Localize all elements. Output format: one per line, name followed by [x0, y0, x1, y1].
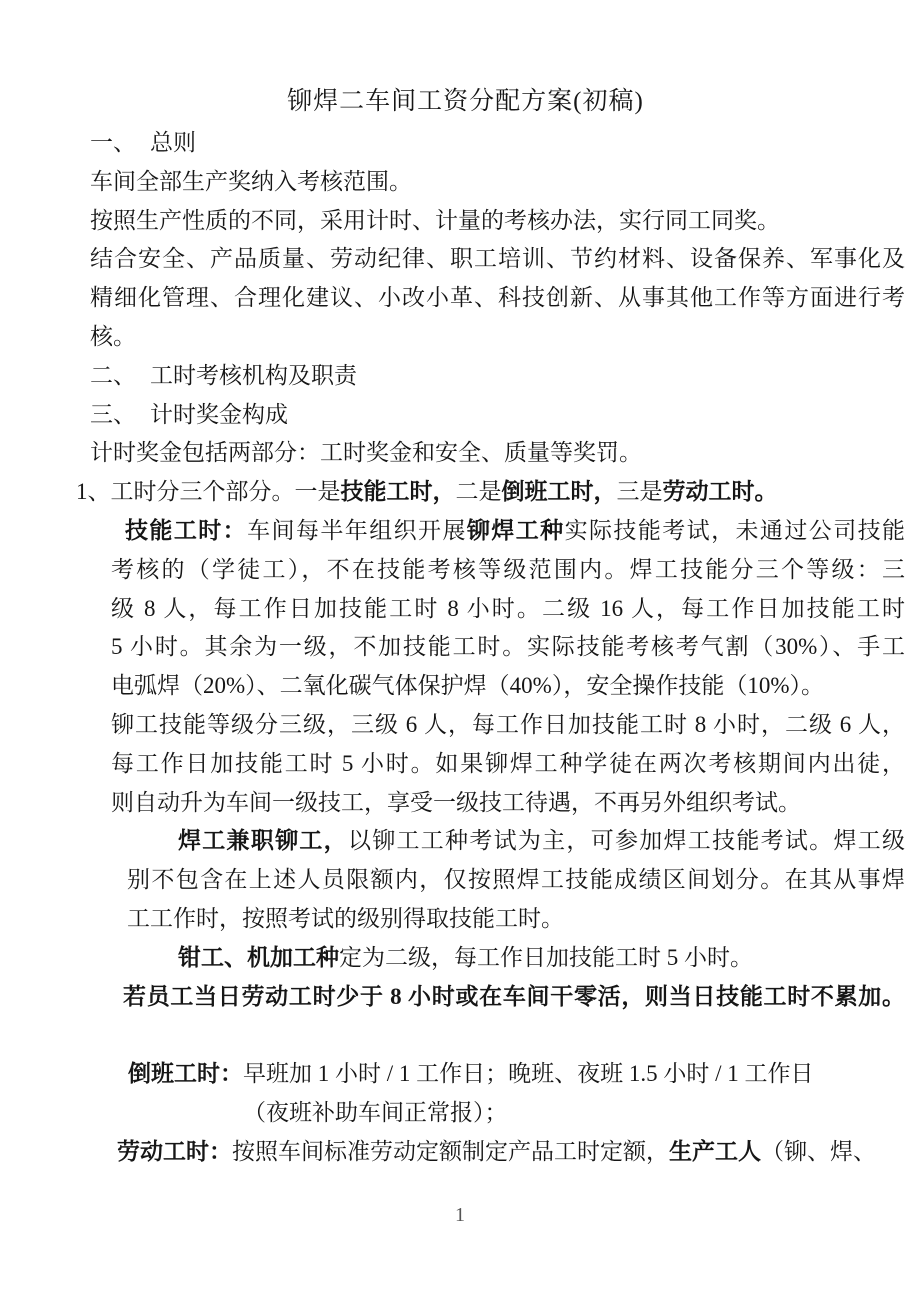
text-line: 1、工时分三个部分。一是技能工时，二是倒班工时，三是劳动工时。: [76, 473, 905, 512]
text-run: 别不包含在上述人员限额内，仅按照焊工技能成绩区间划分。在其从事焊: [127, 867, 905, 892]
text-run: 考核的（学徒工），不在技能考核等级范围内。焊工技能分三个等级：三: [111, 557, 905, 582]
text-line: 倒班工时：早班加 1 小时 / 1 工作日；晚班、夜班 1.5 小时 / 1 工…: [128, 1055, 905, 1094]
text-run: 车间每半年组织开展: [247, 518, 467, 543]
text-line: 核。: [90, 318, 905, 357]
text-run: 倒班工时，: [502, 479, 617, 504]
text-run: 以铆工工种考试为主，可参加焊工技能考试。焊工级: [348, 828, 905, 853]
text-line: 则自动升为车间一级技工，享受一级技工待遇，不再另外组织考试。: [111, 784, 905, 823]
text-run: 定为二级，每工作日加技能工时 5 小时。: [339, 945, 753, 970]
section-number: 三、: [90, 396, 150, 435]
text-line: 考核的（学徒工），不在技能考核等级范围内。焊工技能分三个等级：三: [111, 551, 905, 590]
blank-line: [90, 1016, 905, 1055]
text-run: 总则: [150, 130, 196, 155]
text-line: 每工作日加技能工时 5 小时。如果铆焊工种学徒在两次考核期间内出徒，: [111, 745, 905, 784]
text-run: 劳动工时。: [663, 479, 778, 504]
text-run: 倒班工时：: [128, 1061, 243, 1086]
text-run: 钳工、机加工种: [178, 945, 339, 970]
text-run: 早班加 1 小时 / 1 工作日；晚班、夜班 1.5 小时 / 1 工作日: [243, 1061, 814, 1086]
text-run: 1、工时分三个部分。一是: [76, 479, 341, 504]
text-run: 生产工人: [669, 1139, 761, 1164]
text-run: 铆工技能等级分三级，三级 6 人，每工作日加技能工时 8 小时，二级 6 人，: [111, 712, 905, 737]
section-number: 二、: [90, 357, 150, 396]
document-content: 铆焊二车间工资分配方案(初稿) 一、总则车间全部生产奖纳入考核范围。按照生产性质…: [90, 82, 905, 1172]
text-run: 级 8 人，每工作日加技能工时 8 小时。二级 16 人，每工作日加技能工时: [111, 596, 905, 621]
section-heading: 二、工时考核机构及职责: [90, 357, 905, 396]
text-run: 车间全部生产奖纳入考核范围。: [90, 169, 412, 194]
text-run: 技能工时：: [125, 518, 247, 543]
text-line: 5 小时。其余为一级，不加技能工时。实际技能考核考气割（30%）、手工: [111, 628, 905, 667]
text-run: 二是: [456, 479, 502, 504]
text-run: 若员工当日劳动工时少于 8 小时或在车间干零活，则当日技能工时不累加。: [123, 984, 905, 1009]
text-run: 则自动升为车间一级技工，享受一级技工待遇，不再另外组织考试。: [111, 790, 801, 815]
text-line: 技能工时：车间每半年组织开展铆焊工种实际技能考试，未通过公司技能: [125, 512, 905, 551]
section-number: 一、: [90, 124, 150, 163]
text-run: 技能工时，: [341, 479, 456, 504]
text-line: 劳动工时：按照车间标准劳动定额制定产品工时定额，生产工人（铆、焊、: [117, 1133, 905, 1172]
section-heading: 三、计时奖金构成: [90, 396, 905, 435]
document-title: 铆焊二车间工资分配方案(初稿): [90, 82, 905, 122]
text-line: 钳工、机加工种定为二级，每工作日加技能工时 5 小时。: [178, 939, 905, 978]
text-run: 计时奖金包括两部分：工时奖金和安全、质量等奖罚。: [90, 440, 642, 465]
text-run: 铆焊工种: [467, 518, 565, 543]
text-line: 计时奖金包括两部分：工时奖金和安全、质量等奖罚。: [90, 434, 905, 473]
text-run: 5 小时。其余为一级，不加技能工时。实际技能考核考气割（30%）、手工: [111, 634, 905, 659]
text-run: 工工作时，按照考试的级别得取技能工时。: [127, 906, 564, 931]
text-run: （夜班补助车间正常报）；: [243, 1100, 508, 1125]
text-run: 每工作日加技能工时 5 小时。如果铆焊工种学徒在两次考核期间内出徒，: [111, 751, 905, 776]
text-run: 按照生产性质的不同，采用计时、计量的考核办法，实行同工同奖。: [90, 208, 780, 233]
text-line: 精细化管理、合理化建议、小改小革、科技创新、从事其他工作等方面进行考: [90, 279, 905, 318]
text-line: 车间全部生产奖纳入考核范围。: [90, 163, 905, 202]
text-run: 实际技能考试，未通过公司技能: [565, 518, 905, 543]
text-line: 别不包含在上述人员限额内，仅按照焊工技能成绩区间划分。在其从事焊: [127, 861, 905, 900]
text-run: 三是: [617, 479, 663, 504]
text-line: 级 8 人，每工作日加技能工时 8 小时。二级 16 人，每工作日加技能工时: [111, 590, 905, 629]
page-number: 1: [0, 1204, 920, 1227]
text-line: 按照生产性质的不同，采用计时、计量的考核办法，实行同工同奖。: [90, 202, 905, 241]
text-run: 焊工兼职铆工，: [178, 828, 348, 853]
text-line: 工工作时，按照考试的级别得取技能工时。: [127, 900, 905, 939]
text-line: 若员工当日劳动工时少于 8 小时或在车间干零活，则当日技能工时不累加。: [123, 978, 905, 1017]
section-heading: 一、总则: [90, 124, 905, 163]
text-line: 铆工技能等级分三级，三级 6 人，每工作日加技能工时 8 小时，二级 6 人，: [111, 706, 905, 745]
text-run: 计时奖金构成: [150, 402, 288, 427]
text-run: 电弧焊（20%）、二氧化碳气体保护焊（40%），安全操作技能（10%）。: [111, 673, 824, 698]
text-run: 按照车间标准劳动定额制定产品工时定额，: [232, 1139, 669, 1164]
text-run: 精细化管理、合理化建议、小改小革、科技创新、从事其他工作等方面进行考: [90, 285, 905, 310]
text-run: 核。: [90, 324, 136, 349]
document-lines: 一、总则车间全部生产奖纳入考核范围。按照生产性质的不同，采用计时、计量的考核办法…: [90, 124, 905, 1172]
text-line: 结合安全、产品质量、劳动纪律、职工培训、节约材料、设备保养、军事化及: [90, 240, 905, 279]
text-run: （铆、焊、: [761, 1139, 876, 1164]
text-run: 工时考核机构及职责: [150, 363, 357, 388]
text-run: 结合安全、产品质量、劳动纪律、职工培训、节约材料、设备保养、军事化及: [90, 246, 905, 271]
text-line: 焊工兼职铆工，以铆工工种考试为主，可参加焊工技能考试。焊工级: [178, 822, 905, 861]
text-line: 电弧焊（20%）、二氧化碳气体保护焊（40%），安全操作技能（10%）。: [111, 667, 905, 706]
text-line: （夜班补助车间正常报）；: [243, 1094, 905, 1133]
document-page: 铆焊二车间工资分配方案(初稿) 一、总则车间全部生产奖纳入考核范围。按照生产性质…: [0, 0, 920, 1302]
text-run: 劳动工时：: [117, 1139, 232, 1164]
